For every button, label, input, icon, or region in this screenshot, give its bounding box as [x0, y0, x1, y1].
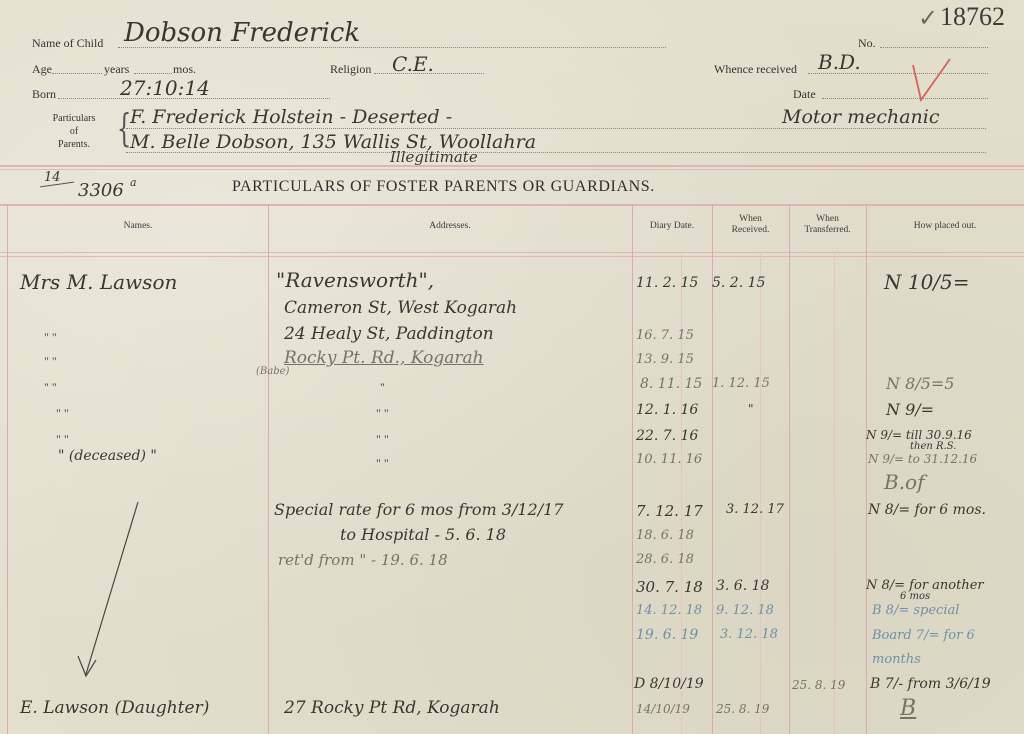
row-3-name-ditto: " " [44, 354, 57, 369]
row-6-diary: 22. 7. 16 [636, 428, 698, 444]
row-9-received: 3. 12. 17 [726, 502, 784, 517]
row-10-address: to Hospital - 5. 6. 18 [340, 525, 506, 544]
whence-received-value: B.D. [818, 50, 861, 74]
row-16-received: 25. 8. 19 [716, 702, 769, 716]
row-12-diary: 30. 7. 18 [636, 578, 703, 596]
name-of-child-label: Name of Child [32, 36, 103, 51]
row-7-placed: N 9/= to 31.12.16 [868, 452, 977, 466]
row-2-diary: 16. 7. 15 [636, 328, 694, 343]
column-line-left [7, 204, 8, 734]
particulars-label-line-1: Particulars [44, 112, 104, 125]
column-header-when-received: When Received. [712, 214, 789, 236]
particulars-label-line-3: Parents. [44, 138, 104, 151]
column-subline-diary [681, 252, 682, 734]
age-years-line [52, 73, 102, 74]
born-value: 27:10:14 [120, 76, 210, 100]
particulars-of-parents-label: Particulars of Parents. [44, 112, 104, 151]
table-top-rule [0, 204, 1024, 206]
row-5-address-ditto: " " [376, 406, 389, 421]
name-of-child-value: Dobson Frederick [124, 18, 360, 48]
row-4-address-ditto: " [380, 380, 385, 395]
received-header-line-2: Received. [712, 225, 789, 236]
row-3-diary: 13. 9. 15 [636, 352, 694, 367]
column-header-names: Names. [8, 221, 268, 232]
column-line-addresses-diary [632, 204, 633, 734]
row-16-name: E. Lawson (Daughter) [20, 698, 209, 718]
row-13-placed: B 8/= special [872, 603, 959, 618]
father-line [126, 128, 986, 129]
file-ref-bottom: 3306 [78, 180, 124, 201]
table-header-bottom-rule-2 [0, 256, 1024, 257]
row-12-placed-continued: 6 mos [900, 591, 930, 602]
transferred-header-line-1: When [789, 214, 866, 225]
illegitimate-note: Illegitimate [390, 148, 478, 166]
column-header-how-placed-out: How placed out. [866, 221, 1024, 232]
row-6-address-ditto: " " [376, 432, 389, 447]
section-title: PARTICULARS OF FOSTER PARENTS OR GUARDIA… [232, 178, 655, 196]
row-12-received: 3. 6. 18 [716, 578, 769, 594]
no-label: No. [858, 36, 876, 51]
column-line-transferred-placed [866, 204, 867, 734]
father-occupation: Motor mechanic [782, 106, 940, 128]
date-label: Date [793, 87, 816, 102]
row-9-address: Special rate for 6 mos from 3/12/17 [274, 500, 563, 519]
column-subline-received [760, 252, 761, 734]
row-14-diary: 19. 6. 19 [636, 627, 698, 643]
row-0-diary: 11. 2. 15 [636, 275, 698, 291]
row-15-transferred: 25. 8. 19 [792, 678, 845, 692]
row-1-address: Cameron St, West Kogarah [284, 298, 517, 318]
column-header-when-transferred: When Transferred. [789, 214, 866, 236]
table-header-bottom-rule [0, 252, 1024, 253]
row-0-received: 5. 2. 15 [712, 275, 765, 291]
row-5-diary: 12. 1. 16 [636, 402, 698, 418]
father-particulars: F. Frederick Holstein - Deserted - [130, 106, 452, 128]
row-5-received: " [748, 402, 754, 416]
row-7-address-ditto: " " [376, 456, 389, 471]
religion-label: Religion [330, 62, 371, 77]
section-divider-top [0, 165, 1024, 167]
row-7-name-deceased: " (deceased) " [58, 448, 157, 464]
row-4-placed: N 8/5=5 [886, 374, 954, 393]
column-subline-transferred [834, 252, 835, 734]
file-ref-suffix: a [130, 176, 137, 189]
religion-value: C.E. [392, 52, 434, 76]
whence-received-label: Whence received [714, 62, 797, 77]
row-2-name-ditto: " " [44, 330, 57, 345]
section-divider-top-2 [0, 169, 1024, 170]
row-16-address: 27 Rocky Pt Rd, Kogarah [284, 698, 500, 718]
column-line-received-transferred [789, 204, 790, 734]
column-header-diary-date: Diary Date. [632, 221, 712, 232]
row-5-name-ditto: " " [56, 406, 69, 421]
particulars-label-line-2: of [44, 125, 104, 138]
row-4-received: 1. 12. 15 [712, 376, 770, 391]
row-15-diary: D 8/10/19 [634, 676, 704, 692]
column-line-names-addresses [268, 204, 269, 734]
row-7-diary: 10. 11. 16 [636, 452, 702, 467]
age-mos-line [134, 73, 172, 74]
row-11-address: ret'd from " - 19. 6. 18 [278, 551, 448, 569]
row-9-diary: 7. 12. 17 [636, 502, 703, 520]
row-6-name-ditto: " " [56, 432, 69, 447]
row-2-address: 24 Healy St, Paddington [284, 324, 494, 344]
row-5-placed: N 9/= [886, 400, 934, 419]
row-13-received: 9. 12. 18 [716, 603, 774, 618]
arrow-down-icon [60, 498, 150, 684]
row-15-placed: B 7/- from 3/6/19 [870, 676, 991, 692]
row-6-placed-continued: then R.S. [910, 441, 956, 452]
row-8-placed: B.of [884, 470, 925, 494]
age-label: Age [32, 62, 52, 77]
row-9-placed: N 8/= for 6 mos. [868, 502, 986, 518]
row-0-address: "Ravensworth", [276, 268, 434, 292]
row-0-name: Mrs M. Lawson [20, 270, 177, 294]
row-6-placed: N 9/= till 30.9.16 [866, 428, 972, 442]
date-line [822, 98, 988, 99]
years-label: years [104, 62, 129, 77]
row-10-diary: 18. 6. 18 [636, 528, 694, 543]
row-13-diary: 14. 12. 18 [636, 603, 702, 618]
received-header-line-1: When [712, 214, 789, 225]
mos-label: mos. [173, 62, 196, 77]
record-number: 18762 [940, 2, 1005, 32]
row-16-placed: B [900, 696, 916, 721]
row-4-name-ditto: " " [44, 380, 57, 395]
born-label: Born [32, 87, 56, 102]
row-3-address: Rocky Pt. Rd., Kogarah [284, 348, 484, 368]
row-16-diary: 14/10/19 [636, 702, 690, 716]
no-line [880, 47, 988, 48]
row-11-diary: 28. 6. 18 [636, 552, 694, 567]
row-0-placed: N 10/5= [884, 270, 970, 294]
column-header-addresses: Addresses. [268, 221, 632, 232]
transferred-header-line-2: Transferred. [789, 225, 866, 236]
row-3-address-note: (Babe) [256, 366, 289, 377]
row-14-placed-continued: months [872, 652, 921, 667]
row-4-diary: 8. 11. 15 [640, 376, 702, 392]
row-14-placed: Board 7/= for 6 [872, 628, 975, 643]
row-14-received: 3. 12. 18 [720, 627, 778, 642]
tick-mark-icon: ✓ [918, 4, 938, 33]
